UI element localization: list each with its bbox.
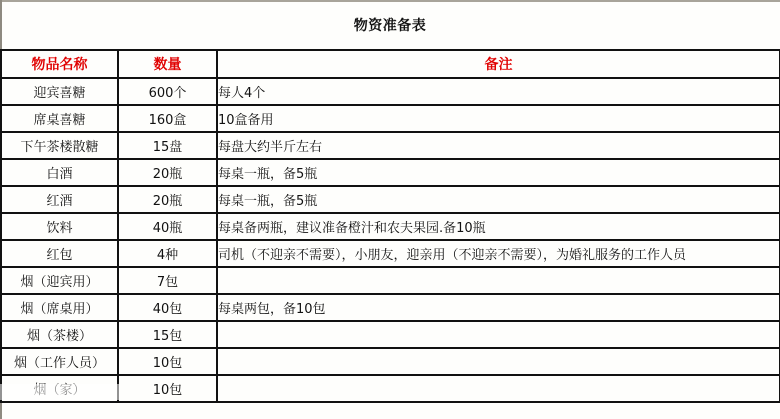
table-row: 烟（工作人员） 10包 xyxy=(1,348,780,375)
column-header-note[interactable]: 备注 xyxy=(217,50,780,78)
cell-name[interactable]: 白酒 xyxy=(1,159,118,186)
cell-note[interactable]: 10盒备用 xyxy=(217,105,780,132)
cell-qty[interactable]: 160盒 xyxy=(118,105,217,132)
cell-note[interactable] xyxy=(217,321,780,348)
cell-note[interactable]: 每盘大约半斤左右 xyxy=(217,132,780,159)
cell-name[interactable]: 迎宾喜糖 xyxy=(1,78,118,105)
table-row: 烟（席桌用） 40包 每桌两包，备10包 xyxy=(1,294,780,321)
cell-qty[interactable]: 7包 xyxy=(118,267,217,294)
table-row: 迎宾喜糖 600个 每人4个 xyxy=(1,78,780,105)
column-header-name[interactable]: 物品名称 xyxy=(1,50,118,78)
cell-qty[interactable]: 20瓶 xyxy=(118,186,217,213)
cell-name[interactable]: 烟（茶楼） xyxy=(1,321,118,348)
spreadsheet: 物资准备表 物品名称 数量 备注 迎宾喜糖 600个 每人4个 席桌喜糖 160… xyxy=(0,0,780,419)
table-row: 饮料 40瓶 每桌备两瓶，建议准备橙汁和农夫果园.备10瓶 xyxy=(1,213,780,240)
table-row: 红酒 20瓶 每桌一瓶，备5瓶 xyxy=(1,186,780,213)
cell-qty[interactable]: 600个 xyxy=(118,78,217,105)
cell-qty[interactable]: 15盘 xyxy=(118,132,217,159)
cell-name[interactable]: 烟（席桌用） xyxy=(1,294,118,321)
cell-name[interactable]: 烟（迎宾用） xyxy=(1,267,118,294)
cell-qty[interactable]: 10包 xyxy=(118,375,217,402)
cell-note[interactable] xyxy=(217,267,780,294)
table-row: 红包 4种 司机（不迎亲不需要），小朋友，迎亲用（不迎亲不需要），为婚礼服务的工… xyxy=(1,240,780,267)
cell-qty[interactable]: 15包 xyxy=(118,321,217,348)
table-row: 烟（家） 10包 xyxy=(1,375,780,402)
sheet-title: 物资准备表 xyxy=(0,0,780,49)
cell-qty[interactable]: 10包 xyxy=(118,348,217,375)
cell-qty[interactable]: 40包 xyxy=(118,294,217,321)
cell-qty[interactable]: 40瓶 xyxy=(118,213,217,240)
cell-name[interactable]: 席桌喜糖 xyxy=(1,105,118,132)
cell-note[interactable]: 每桌备两瓶，建议准备橙汁和农夫果园.备10瓶 xyxy=(217,213,780,240)
cell-note[interactable]: 每桌一瓶，备5瓶 xyxy=(217,159,780,186)
cell-note[interactable]: 司机（不迎亲不需要），小朋友，迎亲用（不迎亲不需要），为婚礼服务的工作人员 xyxy=(217,240,780,267)
cell-note[interactable] xyxy=(217,375,780,402)
cell-name[interactable]: 红酒 xyxy=(1,186,118,213)
supplies-table: 物品名称 数量 备注 迎宾喜糖 600个 每人4个 席桌喜糖 160盒 10盒备… xyxy=(0,49,780,403)
header-row: 物品名称 数量 备注 xyxy=(1,50,780,78)
cell-name[interactable]: 烟（家） xyxy=(1,375,118,402)
table-row: 烟（茶楼） 15包 xyxy=(1,321,780,348)
cell-note[interactable]: 每桌一瓶，备5瓶 xyxy=(217,186,780,213)
cell-name[interactable]: 下午茶楼散糖 xyxy=(1,132,118,159)
cell-qty[interactable]: 4种 xyxy=(118,240,217,267)
cell-note[interactable]: 每人4个 xyxy=(217,78,780,105)
cell-name[interactable]: 红包 xyxy=(1,240,118,267)
cell-note[interactable]: 每桌两包，备10包 xyxy=(217,294,780,321)
cell-note[interactable] xyxy=(217,348,780,375)
table-row: 白酒 20瓶 每桌一瓶，备5瓶 xyxy=(1,159,780,186)
table-row: 下午茶楼散糖 15盘 每盘大约半斤左右 xyxy=(1,132,780,159)
cell-qty[interactable]: 20瓶 xyxy=(118,159,217,186)
table-row: 烟（迎宾用） 7包 xyxy=(1,267,780,294)
table-row: 席桌喜糖 160盒 10盒备用 xyxy=(1,105,780,132)
column-header-qty[interactable]: 数量 xyxy=(118,50,217,78)
cell-name[interactable]: 烟（工作人员） xyxy=(1,348,118,375)
cell-name[interactable]: 饮料 xyxy=(1,213,118,240)
